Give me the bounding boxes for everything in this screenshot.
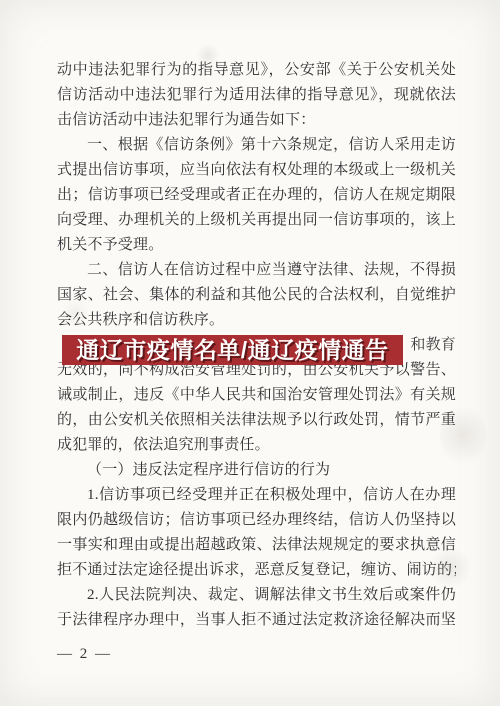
text-line: 国家、社会、集体的利益和其他公民的合法权利，自觉维护社: [57, 283, 456, 308]
text-line: 式提出信访事项，应当向依法有权处理的本级或上一级机关提: [57, 158, 456, 183]
page-number: — 2 —: [57, 646, 112, 663]
text-line: 二、信访人在信访过程中应当遵守法律、法规，不得损害: [57, 258, 456, 283]
text-line: 拒不通过法定途径提出诉求，恶意反复登记，缠访、闹访的；: [57, 558, 456, 583]
text-line: 一、根据《信访条例》第十六条规定，信访人采用走访形: [57, 133, 456, 158]
text-line: 向受理、办理机关的上级机关再提出同一信访事项的，该上级: [57, 208, 456, 233]
text-line: 信访活动中违法犯罪行为适用法律的指导意见》，现就依法打: [57, 83, 456, 108]
overlay-caption-banner: 通辽市疫情名单/通辽疫情通告: [62, 335, 403, 365]
text-line: 成犯罪的，依法追究刑事责任。: [57, 433, 456, 458]
section-heading-line: （一）违反法定程序进行信访的行为: [57, 458, 456, 483]
text-line: 2.人民法院判决、裁定、调解法律文书生效后或案件仍处: [57, 583, 456, 608]
text-line: 机关不予受理。: [57, 233, 456, 258]
text-line: 诫或制止，违反《中华人民共和国治安管理处罚法》有关规定: [57, 383, 456, 408]
text-line: 1.信访事项已经受理并正在积极处理中，信访人在办理期: [57, 483, 456, 508]
text-line: 出；信访事项已经受理或者正在办理的，信访人在规定期限内: [57, 183, 456, 208]
text-line: 击信访活动中违法犯罪行为通告如下：: [57, 108, 456, 133]
text-line: 于法律程序办理中，当事人拒不通过法定救济途径解决而坚持: [57, 608, 456, 633]
scanned-document-page: 动中违法犯罪行为的指导意见》，公安部《关于公安机关处理 信访活动中违法犯罪行为适…: [0, 0, 500, 706]
text-line: 限内仍越级信访；信访事项已经办理终结，信访人仍坚持以同: [57, 508, 456, 533]
text-line: 会公共秩序和信访秩序。: [57, 308, 456, 333]
text-line: 一事实和理由或提出超越政策、法律法规规定的要求执意信访，: [57, 533, 456, 558]
text-line: 的，由公安机关依照相关法律法规予以行政处罚，情节严重构: [57, 408, 456, 433]
overlay-caption-text: 通辽市疫情名单/通辽疫情通告: [76, 335, 388, 365]
text-line: 动中违法犯罪行为的指导意见》，公安部《关于公安机关处理: [57, 58, 456, 83]
